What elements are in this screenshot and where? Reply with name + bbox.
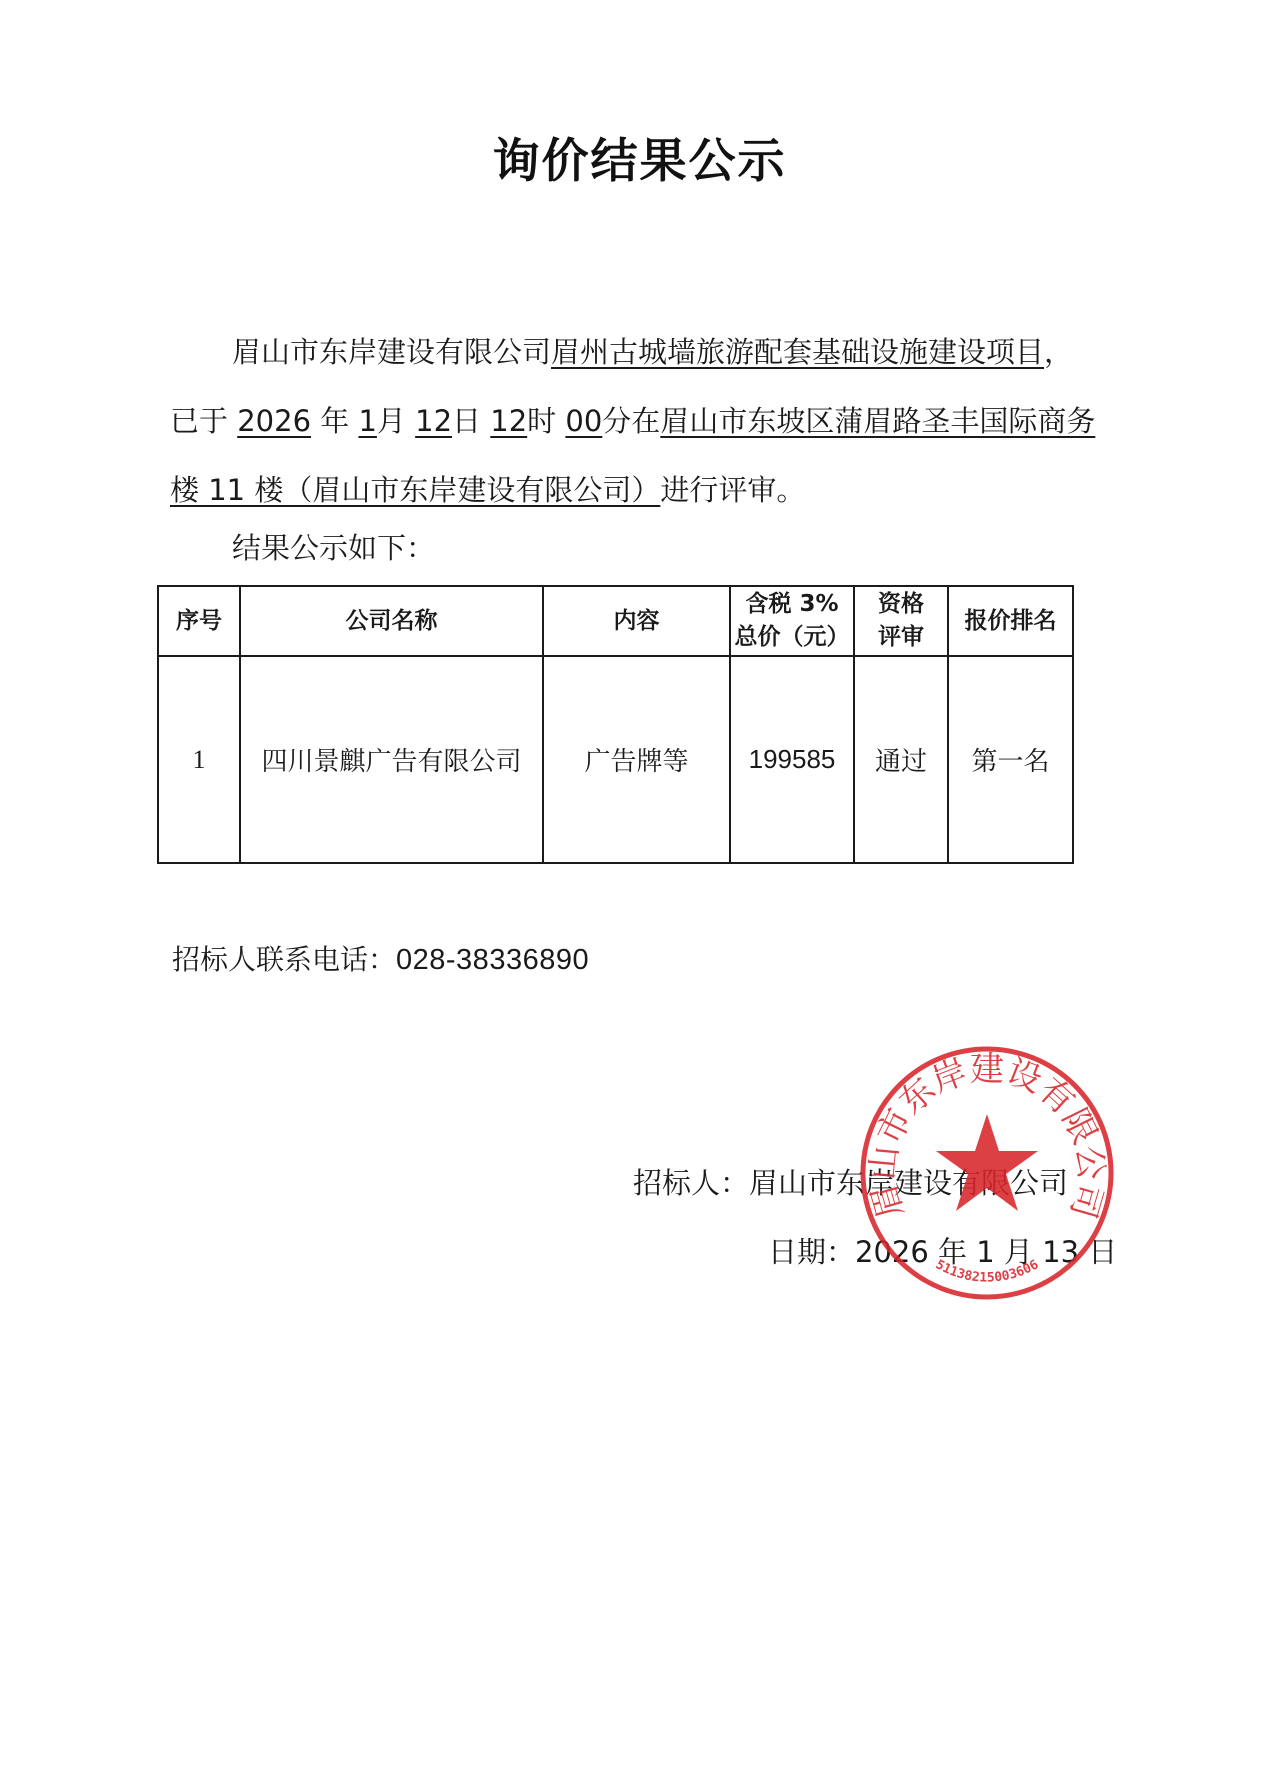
review-hour: 12 <box>490 404 527 438</box>
header-content: 内容 <box>543 586 730 656</box>
cell-company: 四川景麒广告有限公司 <box>240 656 543 863</box>
header-label: 含税 3% <box>745 591 838 617</box>
header-company: 公司名称 <box>240 586 543 656</box>
text-fragment: 年 <box>311 404 358 438</box>
review-year: 2026 <box>237 404 311 438</box>
text-fragment: 时 <box>527 404 565 438</box>
document-page: 询价结果公示 眉山市东岸建设有限公司眉州古城墙旅游配套基础设施建设项目，已于 2… <box>0 0 1279 1788</box>
header-label: 公司名称 <box>346 608 438 634</box>
header-label: 内容 <box>614 608 660 634</box>
text-fragment: 分在 <box>602 404 660 438</box>
header-label: 报价排名 <box>965 608 1057 634</box>
signer-label: 招标人： <box>633 1166 749 1200</box>
text-fragment: 进行评审。 <box>660 473 805 507</box>
purchaser-name: 眉山市东岸建设有限公司 <box>232 335 551 369</box>
table-row: 1 四川景麒广告有限公司 广告牌等 199585 通过 第一名 <box>158 656 1073 863</box>
date-line: 日期：2026 年 1 月 13 日 <box>768 1232 1117 1272</box>
header-label: 资格 <box>878 591 924 617</box>
review-month: 1 <box>358 404 376 438</box>
document-title: 询价结果公示 <box>0 132 1279 192</box>
signer-line: 招标人：眉山市东岸建设有限公司 <box>633 1163 1068 1203</box>
contact-line: 招标人联系电话：028-38336890 <box>172 940 589 980</box>
project-name: 眉州古城墙旅游配套基础设施建设项目 <box>551 335 1044 369</box>
cell-index: 1 <box>158 656 240 863</box>
review-day: 12 <box>415 404 452 438</box>
header-label: 总价（元） <box>735 624 850 650</box>
contact-label: 招标人联系电话： <box>172 943 396 976</box>
header-index: 序号 <box>158 586 240 656</box>
date-label: 日期： <box>768 1235 855 1269</box>
results-lead: 结果公示如下： <box>232 528 435 568</box>
table-header-row: 序号 公司名称 内容 含税 3%总价（元） 资格评审 报价排名 <box>158 586 1073 656</box>
signer-name: 眉山市东岸建设有限公司 <box>749 1166 1068 1200</box>
review-minute: 00 <box>565 404 602 438</box>
header-total-price: 含税 3%总价（元） <box>730 586 854 656</box>
cell-total-price: 199585 <box>730 656 854 863</box>
header-rank: 报价排名 <box>948 586 1073 656</box>
contact-phone: 028-38336890 <box>396 944 589 976</box>
header-label: 序号 <box>176 608 222 634</box>
cell-qualification: 通过 <box>854 656 948 863</box>
date-value: 2026 年 1 月 13 日 <box>855 1235 1117 1269</box>
header-label: 评审 <box>878 624 924 650</box>
cell-content: 广告牌等 <box>543 656 730 863</box>
cell-rank: 第一名 <box>948 656 1073 863</box>
announcement-paragraph: 眉山市东岸建设有限公司眉州古城墙旅游配套基础设施建设项目，已于 2026 年 1… <box>170 318 1100 525</box>
text-fragment: 日 <box>452 404 490 438</box>
results-table: 序号 公司名称 内容 含税 3%总价（元） 资格评审 报价排名 1 四川景麒广告… <box>157 585 1074 864</box>
header-qualification: 资格评审 <box>854 586 948 656</box>
text-fragment: 月 <box>377 404 415 438</box>
